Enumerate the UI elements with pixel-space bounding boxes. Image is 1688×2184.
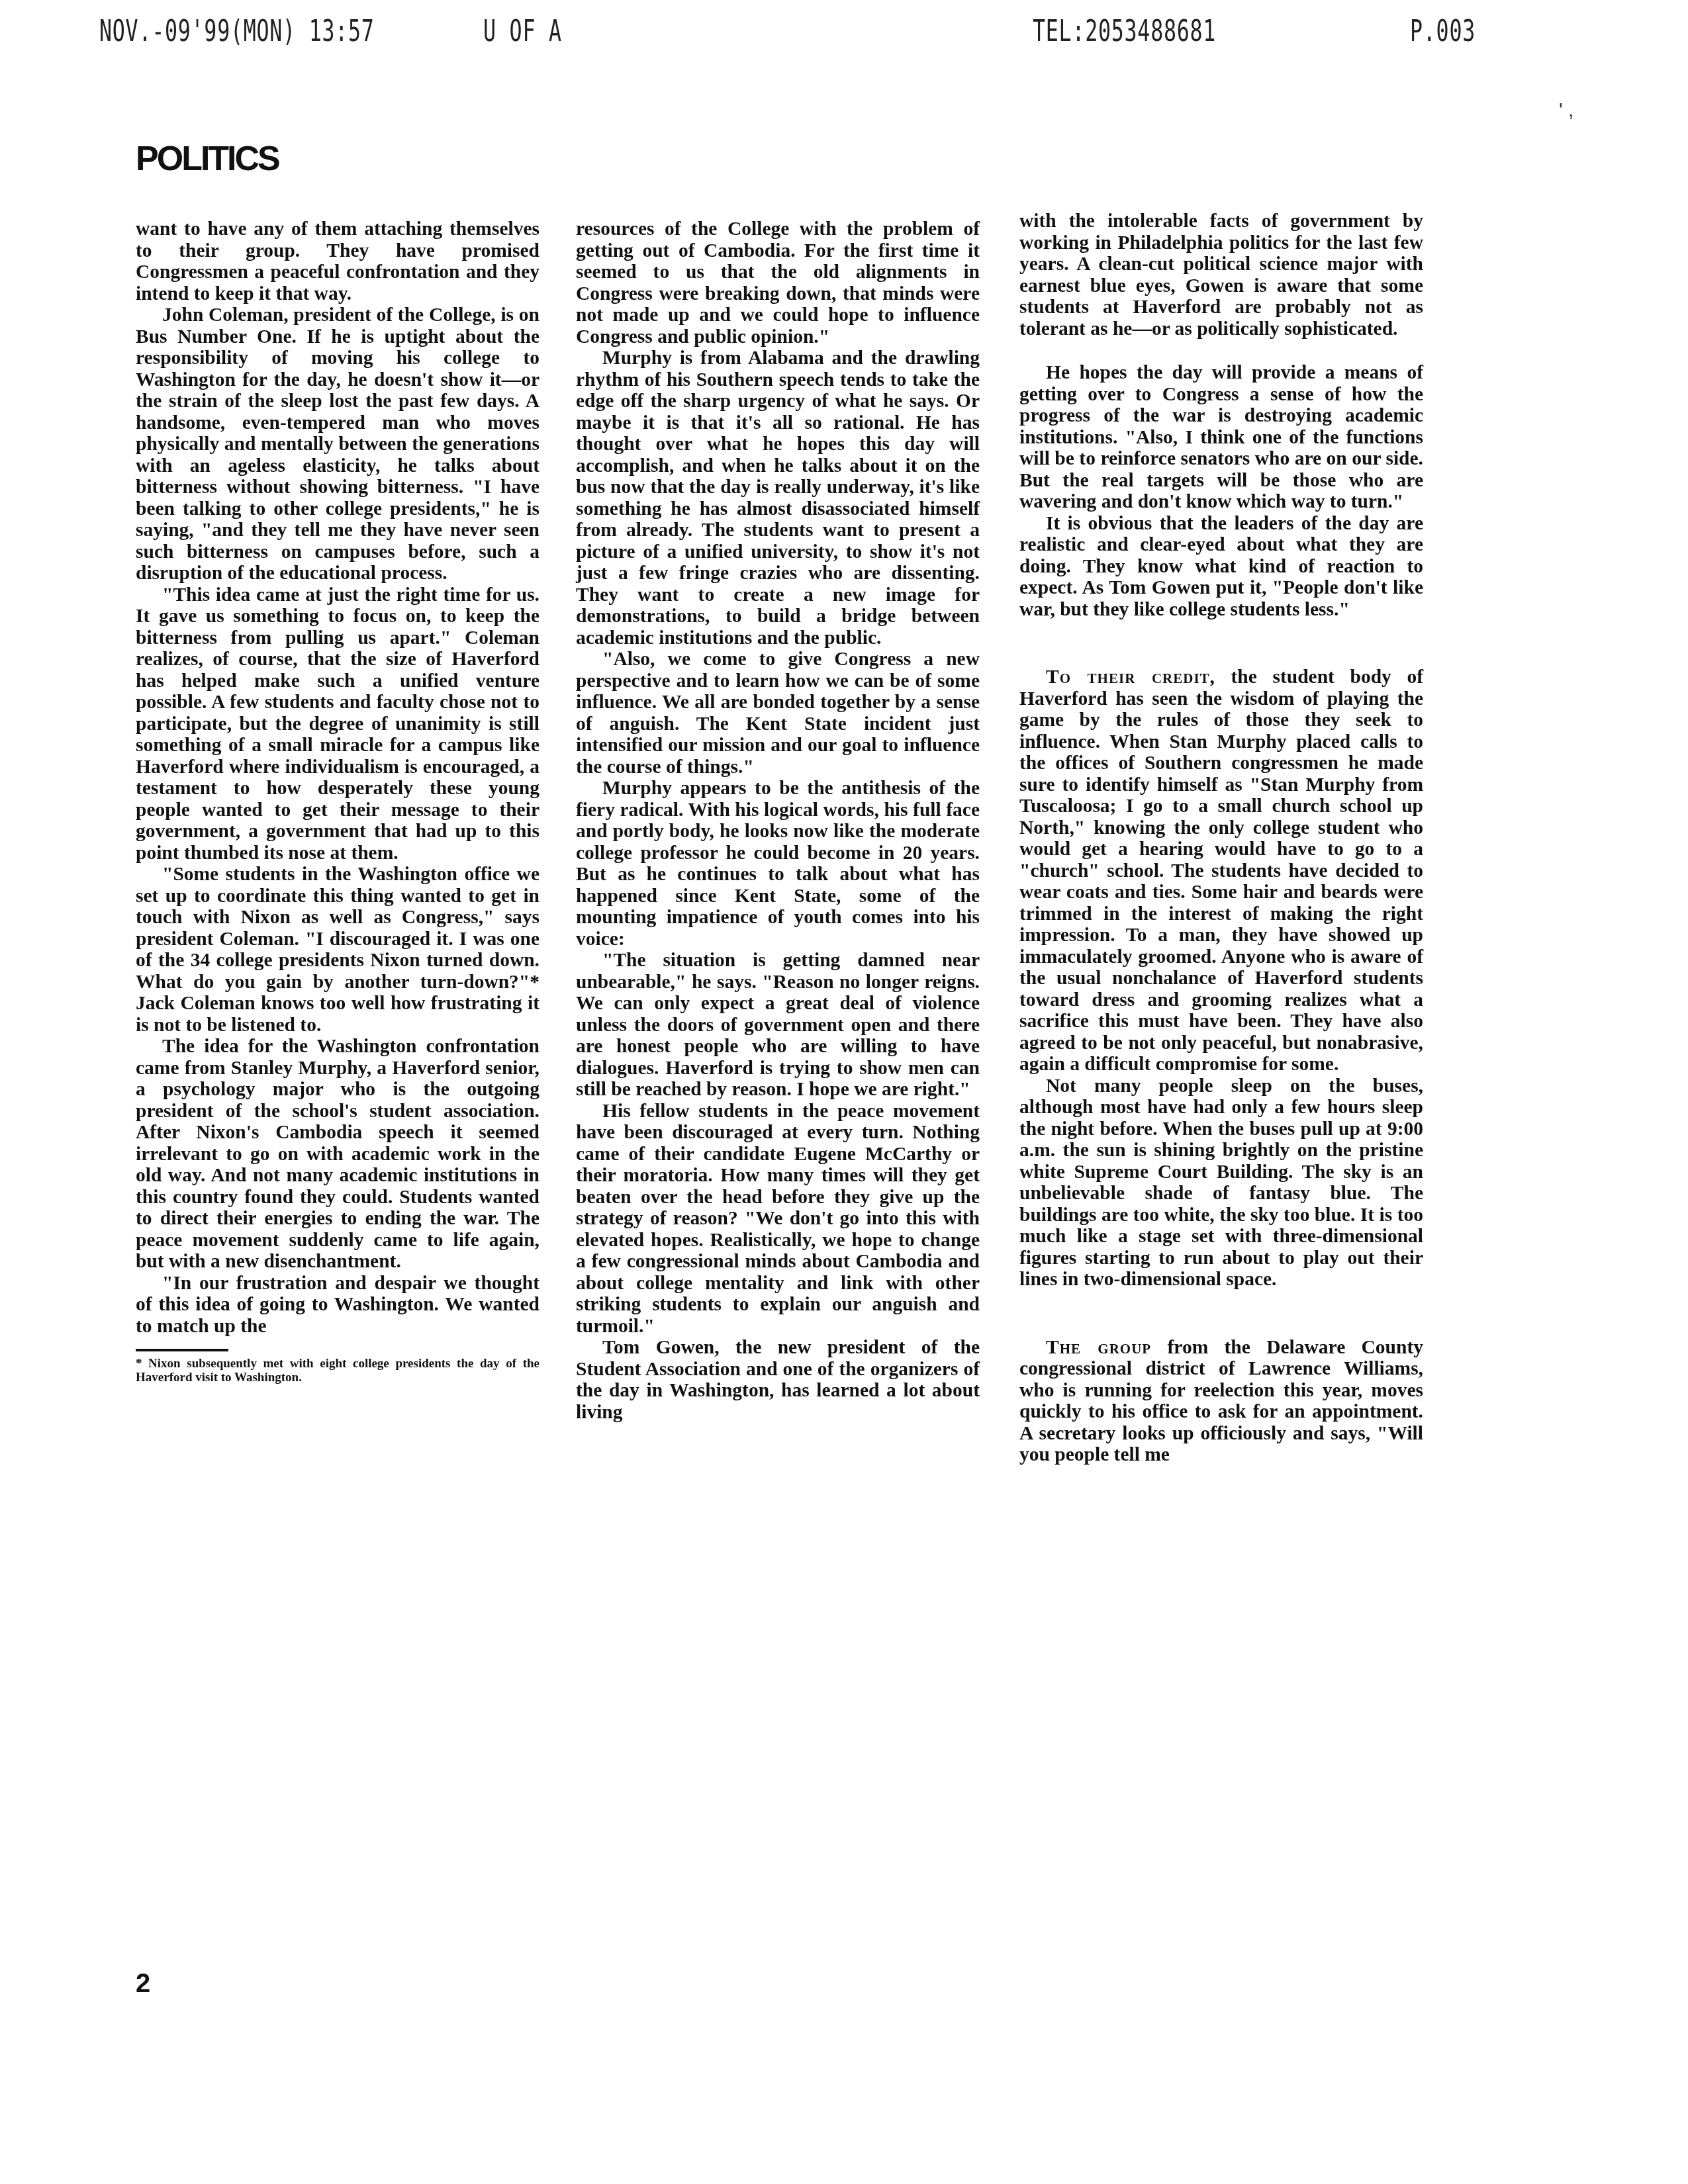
fax-header-sender: U OF A [483,15,562,48]
article-column-2: resources of the College with the proble… [576,218,980,1423]
paragraph: It is obvious that the leaders of the da… [1019,513,1423,621]
lead-in: To their credit, [1046,666,1215,688]
paragraph: Tom Gowen, the new president of the Stud… [576,1337,980,1423]
lead-in: The group [1046,1337,1151,1358]
page-number: 2 [136,1969,150,1999]
paragraph: with the intolerable facts of government… [1019,210,1423,340]
paragraph: Not many people sleep on the buses, alth… [1019,1075,1423,1291]
article-column-1: want to have any of them attaching thems… [136,218,539,1385]
fax-header-tel: TEL:2053488681 [1033,15,1216,48]
scan-speck: ' , [1559,99,1573,122]
paragraph: His fellow students in the peace movemen… [576,1101,980,1338]
paragraph: "Also, we come to give Congress a new pe… [576,649,980,778]
paragraph-text: the student body of Haverford has seen t… [1019,666,1423,1075]
fax-header-datetime: NOV.-09'99(MON) 13:57 [99,15,375,48]
paragraph: The idea for the Washington confrontatio… [136,1036,539,1273]
footnote: * Nixon subsequently met with eight coll… [136,1357,539,1385]
footnote-rule [136,1349,228,1351]
paragraph: Murphy appears to be the antithesis of t… [576,778,980,950]
paragraph: He hopes the day will provide a means of… [1019,362,1423,513]
paragraph: want to have any of them attaching thems… [136,218,539,304]
paragraph: resources of the College with the proble… [576,218,980,347]
paragraph: "The situation is getting damned near un… [576,950,980,1101]
fax-header-page: P.003 [1410,15,1476,48]
section-title: POLITICS [136,139,279,179]
paragraph: "In our frustration and despair we thoug… [136,1273,539,1338]
paragraph: "This idea came at just the right time f… [136,584,539,864]
paragraph: Murphy is from Alabama and the drawling … [576,347,980,649]
article-column-3: with the intolerable facts of government… [1019,210,1423,1466]
paragraph: John Coleman, president of the College, … [136,304,539,584]
paragraph-with-lead-in: The group from the Delaware County congr… [1019,1337,1423,1466]
paragraph: "Some students in the Washington office … [136,864,539,1036]
paragraph-with-lead-in: To their credit, the student body of Hav… [1019,666,1423,1075]
